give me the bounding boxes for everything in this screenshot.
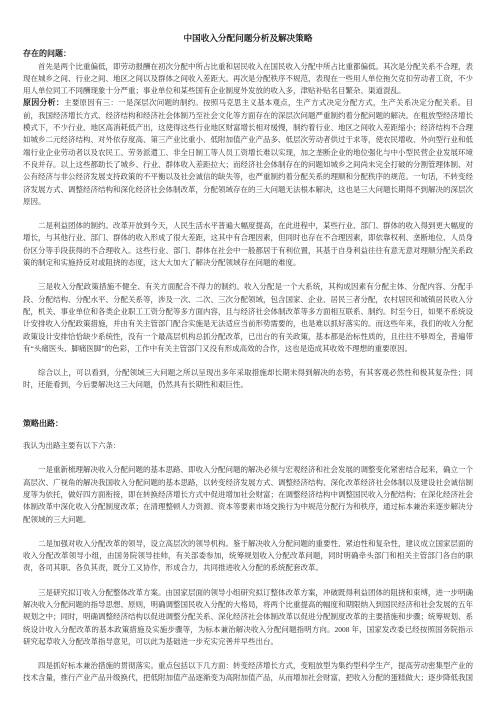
strategies-intro: 我认为出路主要有以下六条： — [23, 440, 473, 452]
inline-heading-causes: 原因分析： — [23, 98, 64, 107]
paragraph-interest-groups: 二是利益团体的制约。改革开放到今天，人民生活水平普遍大幅度提高，在此进程中，某些… — [23, 220, 473, 269]
section-heading-strategies: 策略出路： — [23, 418, 473, 430]
strategy-item-2: 二是加强对收入分配改革的领导，设立高层次的领导机构。鉴于解决收入分配问题的重要性… — [23, 538, 473, 575]
strategy-item-4: 四是抓好标本兼治措施的贯彻落实。重点包括以下几方面：转变经济增长方式，变粗放型为… — [23, 660, 473, 685]
strategy-item-1: 一是重新梳理解决收入分配问题的基本思路、即收入分配问题的解决必须与宏观经济和社会… — [23, 464, 473, 525]
section-heading-problems: 存在的问题： — [23, 48, 473, 60]
document-page: 中国收入分配问题分析及解决策略 存在的问题： 首先是两个比重偏低，即劳动报酬在初… — [0, 0, 496, 702]
strategy-item-3: 三是研究拟订收入分配整体改革方案。由国家层面的领导小组研究拟订整体改革方案，冲破… — [23, 587, 473, 648]
causes-lead-text: 主要原因有三：一是深层次问题的制约。按照马克思主义基本观点，生产方式决定分配方式… — [23, 98, 473, 205]
problems-paragraph: 首先是两个比重偏低，即劳动报酬在初次分配中所占比重和居民收入在国民收入分配中所占… — [23, 61, 473, 98]
paragraph-policy-measures: 三是收入分配政策措施不健全、有关方面配合不得力的制约。收入分配是一个大系统，其构… — [23, 281, 473, 355]
causes-paragraph: 原因分析：主要原因有三：一是深层次问题的制约。按照马克思主义基本观点，生产方式决… — [23, 97, 473, 208]
document-title: 中国收入分配问题分析及解决策略 — [23, 32, 473, 44]
paragraph-causes-summary: 综合以上，可以看到，分配领域三大问题之所以呈现出多年采取措施却长期未得到解决的态… — [23, 367, 473, 392]
